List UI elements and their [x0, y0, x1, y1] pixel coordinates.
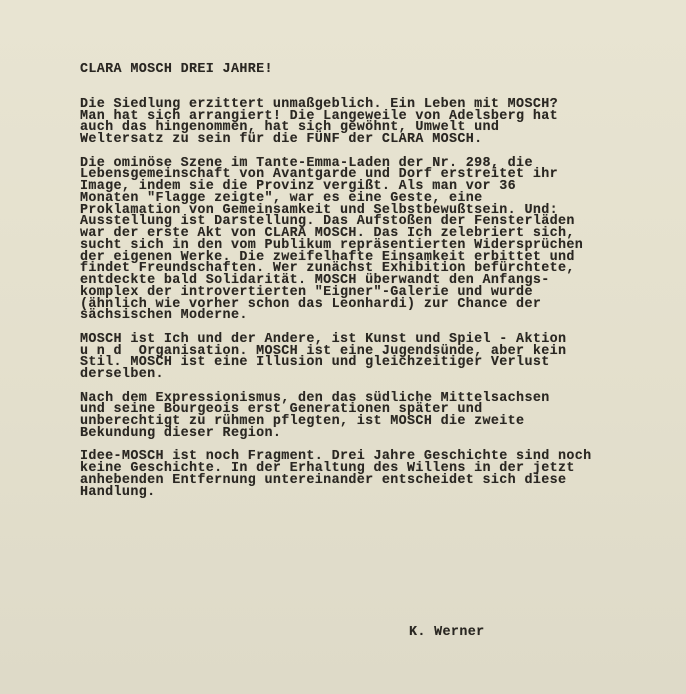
paragraph-4: Nach dem Expressionismus, den das südlic… [80, 393, 660, 440]
text-line: Stil. MOSCH ist eine Illusion und gleich… [80, 357, 660, 369]
paragraph-2: Die ominöse Szene im Tante-Emma-Laden de… [80, 158, 660, 323]
signature: K. Werner [409, 625, 484, 640]
paragraph-3: MOSCH ist Ich und der Andere, ist Kunst … [80, 334, 660, 381]
paragraph-5: Idee-MOSCH ist noch Fragment. Drei Jahre… [80, 451, 660, 498]
text-line: Bekundung dieser Region. [80, 428, 660, 440]
text-line: anhebenden Entfernung untereinander ents… [80, 475, 660, 487]
text-line: Weltersatz zu sein für die FÜNF der CLAR… [80, 134, 660, 146]
text-line: Handlung. [80, 487, 660, 499]
document-title: CLARA MOSCH DREI JAHRE! [80, 64, 660, 76]
paragraph-1: Die Siedlung erzittert unmaßgeblich. Ein… [80, 99, 660, 146]
typewritten-page: CLARA MOSCH DREI JAHRE! Die Siedlung erz… [80, 64, 660, 510]
text-line: sächsischen Moderne. [80, 310, 660, 322]
text-line: derselben. [80, 369, 660, 381]
